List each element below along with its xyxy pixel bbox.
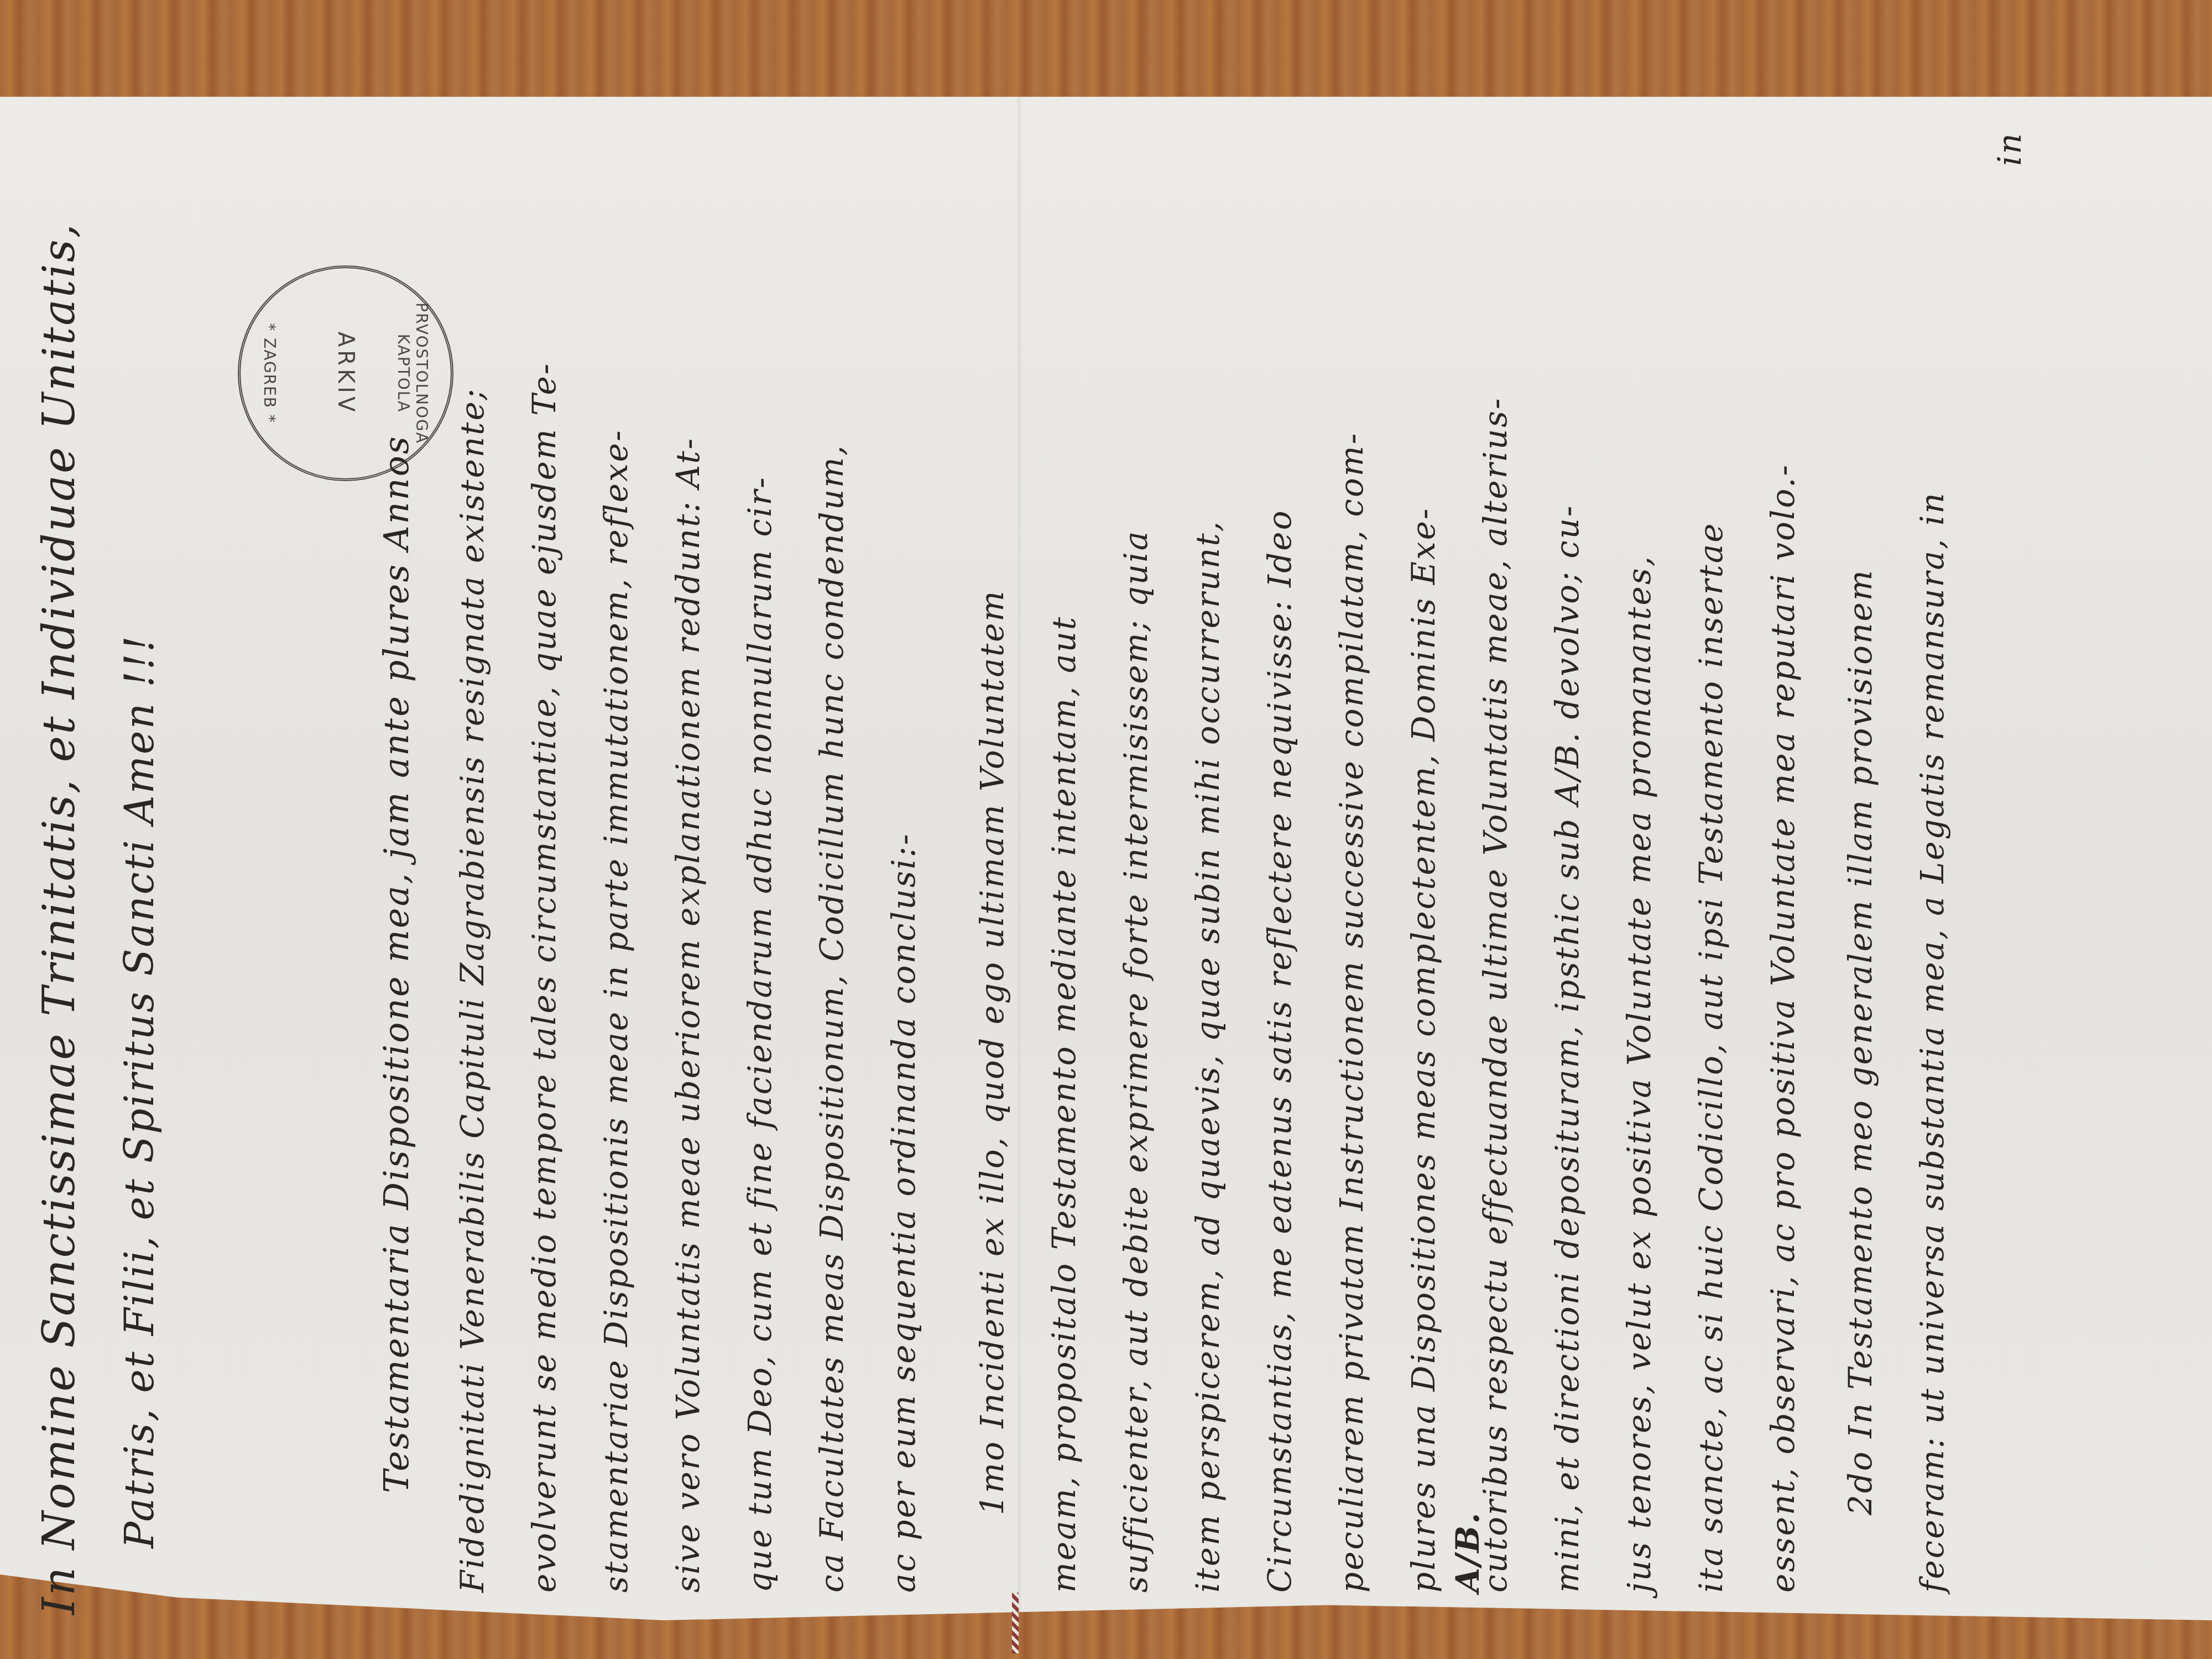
margin-mark: A/B. — [1449, 1511, 1486, 1593]
text-line: jus tenores, velut ex positiva Voluntate… — [1620, 555, 1658, 1593]
handwritten-text: In Nomine Sanctissimae Trinitatis, et In… — [0, 0, 2212, 1659]
text-line: Circumstantias, me eatenus satis reflect… — [1261, 509, 1298, 1593]
text-line: 1mo Incidenti ex illo, quod ego ultimam … — [973, 589, 1011, 1515]
text-line: que tum Deo, cum et fine faciendarum adh… — [741, 476, 779, 1593]
text-line: Testamentaria Dispositione mea, jam ante… — [376, 435, 416, 1493]
text-line: meam, propositalo Testamento mediante in… — [1045, 615, 1083, 1593]
text-line: sufficienter, aut debite exprimere forte… — [1117, 530, 1155, 1593]
text-line: Fidedignitati Venerabilis Capituli Zagra… — [453, 388, 491, 1593]
text-line: mini, et directioni deposituram, ipsthic… — [1548, 504, 1586, 1593]
catchword: in — [1991, 132, 2028, 166]
text-line: ac per eum sequentia ordinanda conclusi:… — [885, 832, 922, 1593]
text-line: evolverunt se medio tempore tales circum… — [525, 362, 563, 1593]
text-line: feceram: ut universa substantia mea, a L… — [1913, 491, 1951, 1593]
text-line: sive vero Voluntatis meae uberiorem expl… — [669, 437, 707, 1593]
text-line: plures una Dispositiones meas complecten… — [1405, 507, 1442, 1593]
text-line: peculiarem privatam Instructionem succes… — [1333, 432, 1370, 1593]
text-line: In Nomine Sanctissimae Trinitatis, et In… — [33, 222, 85, 1615]
text-line: stamentariae Dispositionis meae in parte… — [597, 429, 635, 1593]
text-line: cutoribus respectu effectuandae ultimae … — [1477, 397, 1514, 1593]
text-line: ita sancte, ac si huic Codicillo, aut ip… — [1692, 522, 1730, 1593]
text-line: 2do In Testamento meo generalem illam pr… — [1841, 568, 1879, 1515]
text-line: item perspicerem, ad quaevis, quae subin… — [1189, 520, 1227, 1593]
binding-string — [1012, 1593, 1019, 1653]
text-line: Patris, et Filii, et Spiritus Sancti Ame… — [116, 634, 163, 1548]
text-line: essent, observari, ac pro positiva Volun… — [1764, 463, 1802, 1593]
text-line: ca Facultates meas Dispositionum, Codici… — [813, 444, 851, 1593]
